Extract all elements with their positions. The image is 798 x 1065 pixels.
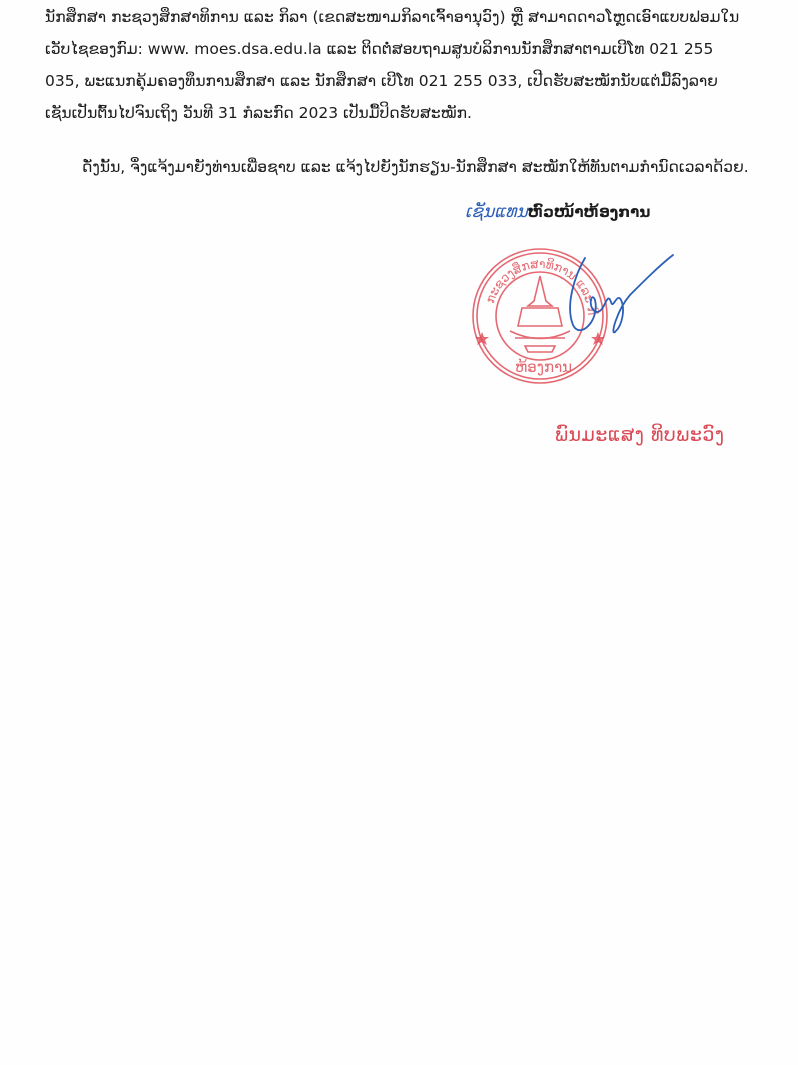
body-paragraph-closing: ດັ່ງນັ້ນ, ຈຶ່ງແຈ້ງມາຍັງທ່ານເພື່ອຊາບ ແລະ … xyxy=(82,151,782,183)
svg-text:ຫ້ອງການ: ຫ້ອງການ xyxy=(515,357,572,376)
document-page: ນັກສຶກສາ ກະຊວງສຶກສາທິການ ແລະ ກິລາ (ເຂດສະ… xyxy=(0,0,798,1065)
signatory-position: ຫົວໜ້າຫ້ອງການ xyxy=(528,203,651,221)
signer-name: ພົນມະແສງ ທິບພະວົງ xyxy=(555,424,725,446)
signature-title: ເຊັນແທນຫົວໜ້າຫ້ອງການ xyxy=(465,202,650,222)
paragraph-line: ເຊັນເປັນຕົ້ນໄປຈົນເຖິງ ວັນທີ 31 ກໍລະກົດ 2… xyxy=(45,97,765,129)
paragraph-line: ດັ່ງນັ້ນ, ຈຶ່ງແຈ້ງມາຍັງທ່ານເພື່ອຊາບ ແລະ … xyxy=(82,151,782,183)
paragraph-line: ນັກສຶກສາ ກະຊວງສຶກສາທິການ ແລະ ກິລາ (ເຂດສະ… xyxy=(45,1,765,33)
handwritten-on-behalf: ເຊັນແທນ xyxy=(465,202,528,222)
paragraph-line: 035, ພະແນກຄຸ້ມຄອງທຶນການສຶກສາ ແລະ ນັກສຶກສ… xyxy=(45,65,765,97)
body-paragraph-registration: ນັກສຶກສາ ກະຊວງສຶກສາທິການ ແລະ ກິລາ (ເຂດສະ… xyxy=(45,0,765,129)
handwritten-signature-icon xyxy=(555,250,680,345)
paragraph-line: ເວັບໄຊຂອງກົມ: www. moes.dsa.edu.la ແລະ ຕ… xyxy=(45,33,765,65)
